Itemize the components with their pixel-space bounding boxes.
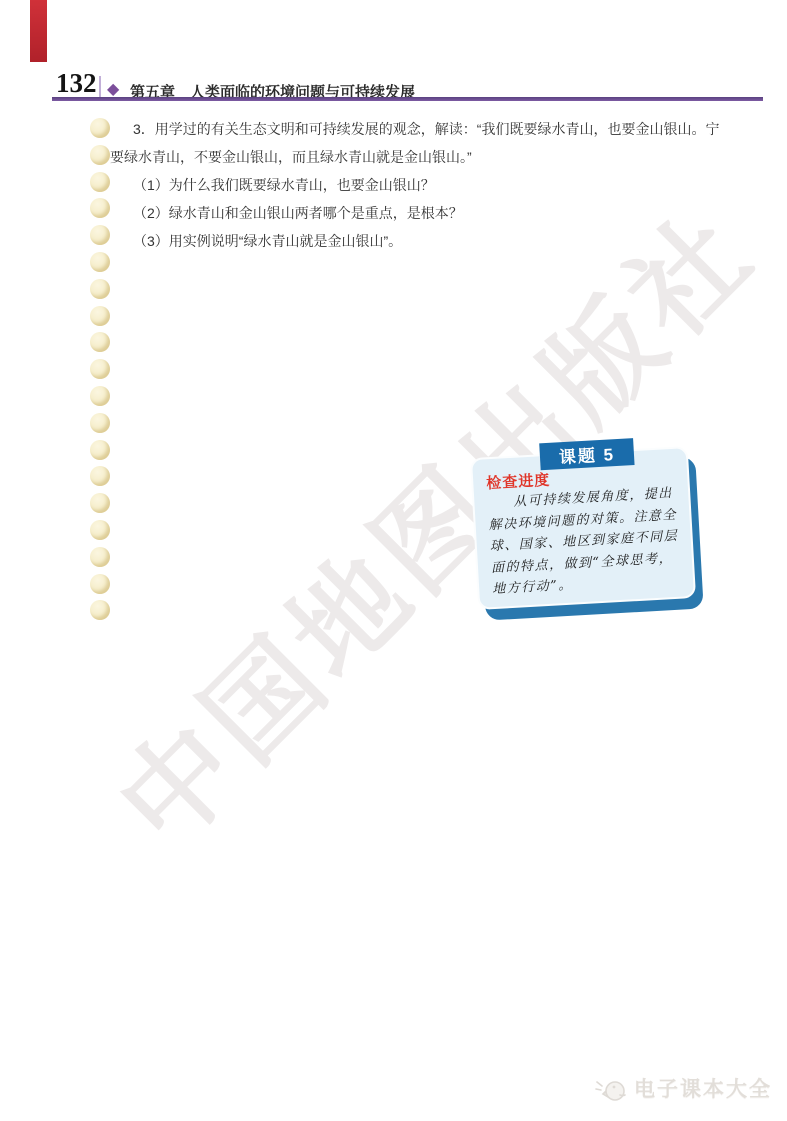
binding-hole	[90, 440, 110, 460]
footer-brand-text: 电子课本大全	[634, 1073, 772, 1103]
question-3-line-1: 3．用学过的有关生态文明和可持续发展的观念，解读：“我们既要绿水青山，也要金山银…	[133, 119, 719, 139]
binding-hole	[90, 172, 110, 192]
binding-hole	[90, 118, 110, 138]
red-bookmark-ribbon	[30, 0, 47, 62]
binding-hole	[90, 145, 110, 165]
sub-question-1: （1）为什么我们既要绿水青山，也要金山银山？	[133, 175, 435, 195]
diamond-icon: ◆	[107, 79, 119, 99]
binding-hole	[90, 493, 110, 513]
callout-card: 检查进度 从可持续发展角度，提出解决环境问题的对策。注意全球、国家、地区到家庭不…	[470, 446, 696, 610]
binding-hole	[90, 306, 110, 326]
binding-hole	[90, 225, 110, 245]
fish-icon	[594, 1072, 628, 1104]
checkpoint-callout: 检查进度 从可持续发展角度，提出解决环境问题的对策。注意全球、国家、地区到家庭不…	[470, 446, 696, 610]
binding-hole	[90, 600, 110, 620]
header-rule	[52, 97, 763, 101]
callout-body: 从可持续发展角度，提出解决环境问题的对策。注意全球、国家、地区到家庭不同层面的特…	[487, 483, 682, 601]
binding-hole	[90, 279, 110, 299]
textbook-page: 中国地图出版社 132 ◆ 第五章人类面临的环境问题与可持续发展 3．用学过的有…	[0, 0, 787, 1121]
binding-hole	[90, 386, 110, 406]
sub-question-3: （3）用实例说明“绿水青山就是金山银山”。	[133, 231, 402, 251]
binding-hole	[90, 332, 110, 352]
binding-hole	[90, 520, 110, 540]
sub-question-2: （2）绿水青山和金山银山两者哪个是重点，是根本？	[133, 203, 463, 223]
footer-brand: 电子课本大全	[594, 1072, 772, 1104]
binding-hole	[90, 574, 110, 594]
binding-hole	[90, 198, 110, 218]
binding-hole	[90, 547, 110, 567]
binding-hole	[90, 359, 110, 379]
page-number: 132	[56, 68, 97, 99]
binding-hole	[90, 466, 110, 486]
topic-tab: 课题 5	[539, 438, 634, 470]
question-3-line-2: 要绿水青山，不要金山银山，而且绿水青山就是金山银山。”	[110, 147, 472, 167]
header-divider-line	[99, 76, 101, 98]
binding-hole	[90, 413, 110, 433]
binding-hole	[90, 252, 110, 272]
